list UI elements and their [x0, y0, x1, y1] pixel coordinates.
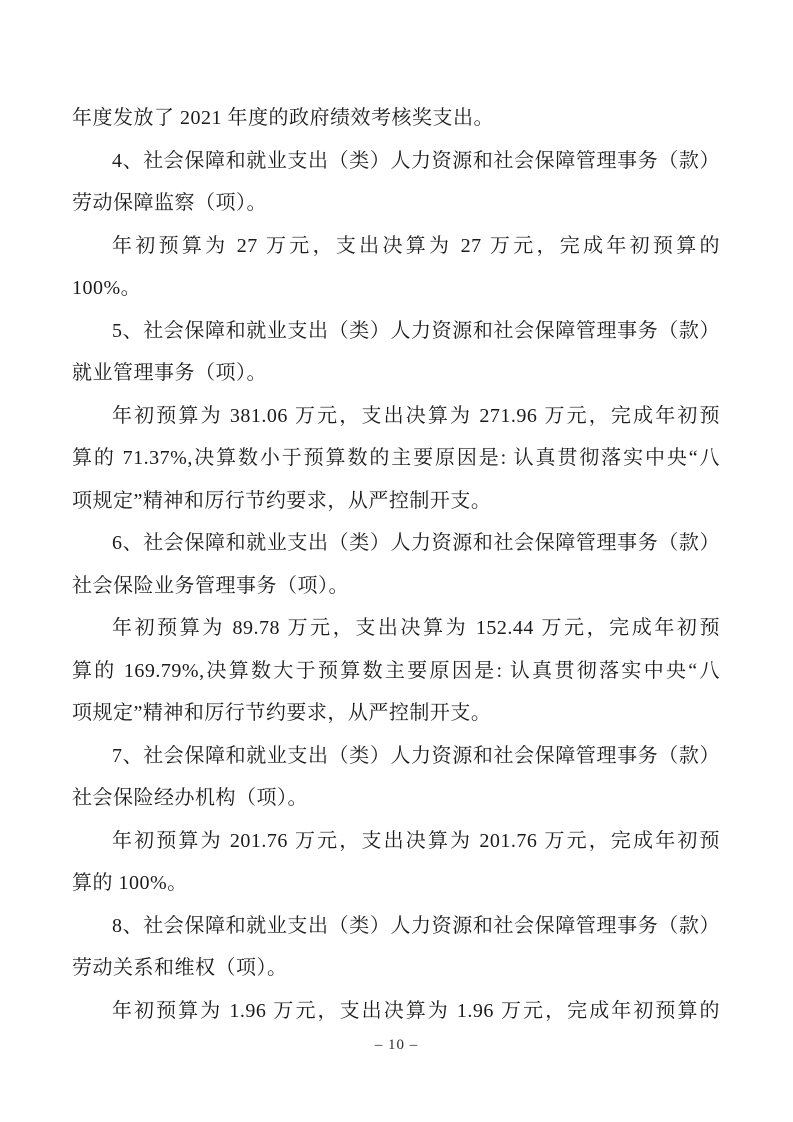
paragraph-item-8-heading: 8、社会保障和就业支出（类）人力资源和社会保障管理事务（款） 劳动关系和维权（项… [72, 905, 720, 990]
paragraph-item-6-heading: 6、社会保障和就业支出（类）人力资源和社会保障管理事务（款） 社会保险业务管理事… [72, 522, 720, 607]
text-line: 劳动保障监察（项）。 [72, 182, 720, 225]
text-line: 年初预算为 201.76 万元，支出决算为 201.76 万元，完成年初预 [72, 820, 720, 863]
text-line: 5、社会保障和就业支出（类）人力资源和社会保障管理事务（款） [72, 310, 720, 353]
page-number: – 10 – [0, 1037, 793, 1054]
text-line: 100%。 [72, 267, 720, 310]
text-line: 8、社会保障和就业支出（类）人力资源和社会保障管理事务（款） [72, 905, 720, 948]
paragraph-continuation: 年度发放了 2021 年度的政府绩效考核奖支出。 [72, 97, 720, 140]
text-line: 项规定”精神和厉行节约要求，从严控制开支。 [72, 692, 720, 735]
paragraph-item-4-budget: 年初预算为 27 万元，支出决算为 27 万元，完成年初预算的 100%。 [72, 225, 720, 310]
text-line: 年初预算为 27 万元，支出决算为 27 万元，完成年初预算的 [72, 225, 720, 268]
paragraph-item-8-budget: 年初预算为 1.96 万元，支出决算为 1.96 万元，完成年初预算的 [72, 990, 720, 1033]
paragraph-item-5-budget: 年初预算为 381.06 万元，支出决算为 271.96 万元，完成年初预 算的… [72, 395, 720, 523]
text-line: 项规定”精神和厉行节约要求，从严控制开支。 [72, 480, 720, 523]
text-line: 年度发放了 2021 年度的政府绩效考核奖支出。 [72, 97, 720, 140]
paragraph-item-7-heading: 7、社会保障和就业支出（类）人力资源和社会保障管理事务（款） 社会保险经办机构（… [72, 735, 720, 820]
paragraph-item-5-heading: 5、社会保障和就业支出（类）人力资源和社会保障管理事务（款） 就业管理事务（项）… [72, 310, 720, 395]
text-line: 算的 100%。 [72, 862, 720, 905]
text-line: 年初预算为 89.78 万元，支出决算为 152.44 万元，完成年初预 [72, 607, 720, 650]
text-line: 4、社会保障和就业支出（类）人力资源和社会保障管理事务（款） [72, 140, 720, 183]
paragraph-item-7-budget: 年初预算为 201.76 万元，支出决算为 201.76 万元，完成年初预 算的… [72, 820, 720, 905]
text-line: 社会保险经办机构（项）。 [72, 777, 720, 820]
text-line: 社会保险业务管理事务（项）。 [72, 565, 720, 608]
text-line: 年初预算为 1.96 万元，支出决算为 1.96 万元，完成年初预算的 [72, 990, 720, 1033]
text-line: 7、社会保障和就业支出（类）人力资源和社会保障管理事务（款） [72, 735, 720, 778]
text-line: 劳动关系和维权（项）。 [72, 947, 720, 990]
document-body: 年度发放了 2021 年度的政府绩效考核奖支出。 4、社会保障和就业支出（类）人… [72, 97, 720, 1032]
text-line: 年初预算为 381.06 万元，支出决算为 271.96 万元，完成年初预 [72, 395, 720, 438]
document-page: 年度发放了 2021 年度的政府绩效考核奖支出。 4、社会保障和就业支出（类）人… [0, 0, 793, 1122]
text-line: 6、社会保障和就业支出（类）人力资源和社会保障管理事务（款） [72, 522, 720, 565]
text-line: 就业管理事务（项）。 [72, 352, 720, 395]
text-line: 算的 169.79%,决算数大于预算数主要原因是: 认真贯彻落实中央“八 [72, 650, 720, 693]
text-line: 算的 71.37%,决算数小于预算数的主要原因是: 认真贯彻落实中央“八 [72, 437, 720, 480]
paragraph-item-4-heading: 4、社会保障和就业支出（类）人力资源和社会保障管理事务（款） 劳动保障监察（项）… [72, 140, 720, 225]
paragraph-item-6-budget: 年初预算为 89.78 万元，支出决算为 152.44 万元，完成年初预 算的 … [72, 607, 720, 735]
